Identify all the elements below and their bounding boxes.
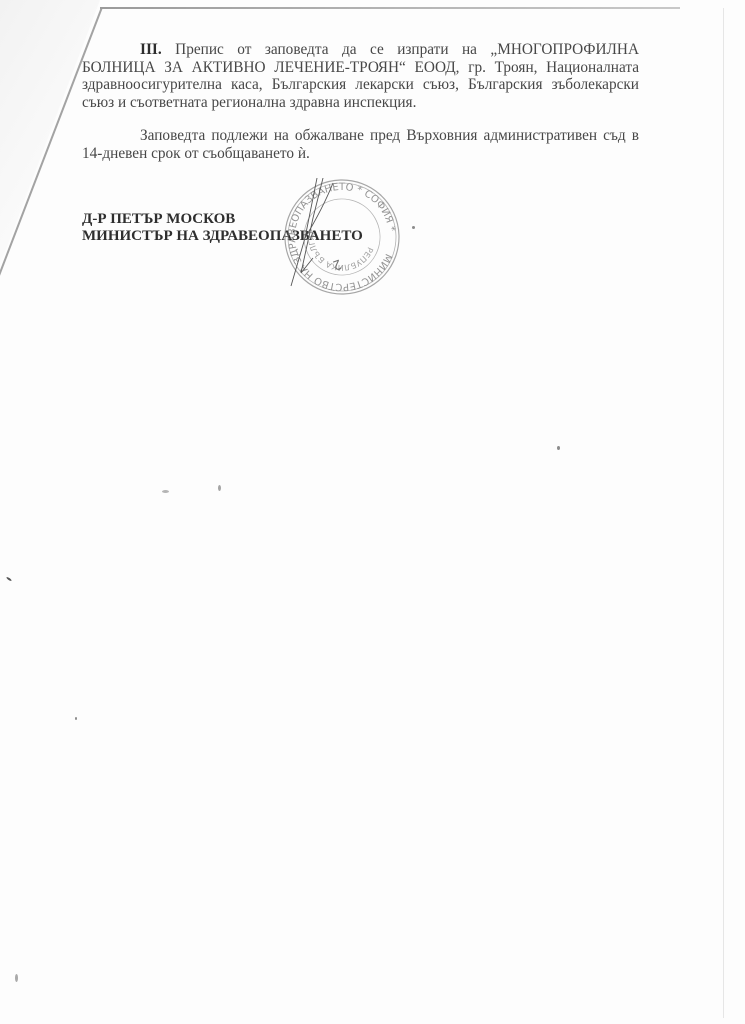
- distribution-text: Препис от заповедта да се изпрати на „МН…: [82, 41, 639, 111]
- scanned-page: III. Препис от заповедта да се изпрати н…: [0, 0, 745, 1024]
- official-stamp: МИНИСТЕРСТВО НА ЗДРАВЕОПАЗВАНЕТО * СОФИЯ…: [283, 178, 401, 296]
- page-top-edge: [100, 7, 680, 9]
- scan-speck: [6, 576, 12, 581]
- page-right-edge: [723, 8, 724, 1018]
- scan-speck: [412, 226, 415, 229]
- scan-speck: [162, 490, 169, 493]
- scan-speck: [557, 446, 560, 450]
- paragraph-distribution: III. Препис от заповедта да се изпрати н…: [82, 41, 639, 111]
- stamp-outer-text: МИНИСТЕРСТВО НА ЗДРАВЕОПАЗВАНЕТО * СОФИЯ…: [283, 178, 401, 296]
- appeal-text: Заповедта подлежи на обжалване пред Върх…: [82, 127, 639, 162]
- scan-speck: [218, 485, 221, 491]
- scan-speck: [75, 717, 77, 720]
- scan-speck: [15, 974, 18, 982]
- svg-text:МИНИСТЕРСТВО НА ЗДРАВЕОПАЗВАНЕ: МИНИСТЕРСТВО НА ЗДРАВЕОПАЗВАНЕТО * СОФИЯ…: [283, 178, 401, 296]
- section-number: III.: [140, 41, 162, 58]
- paragraph-appeal: Заповедта подлежи на обжалване пред Върх…: [82, 127, 639, 162]
